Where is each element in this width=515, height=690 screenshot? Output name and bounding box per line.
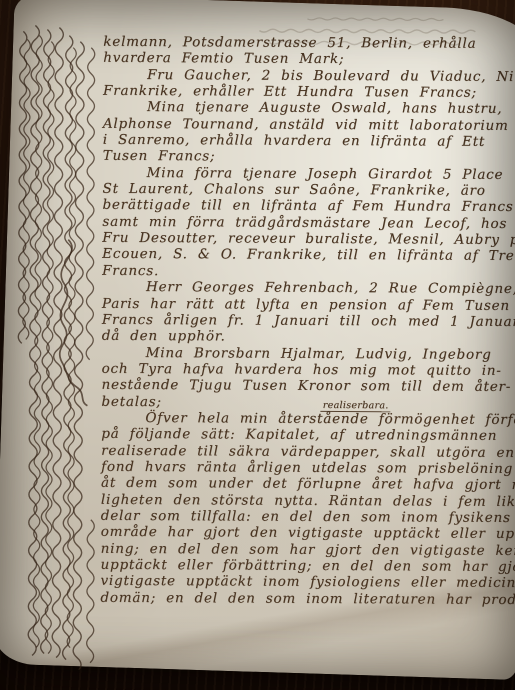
text-line-content: och Tyra hafva hvardera hos mig mot quit… <box>102 361 502 379</box>
text-line-content: ning; en del den som har gjort den vigti… <box>101 540 515 558</box>
text-line-content: på följande sätt: Kapitalet, af utrednin… <box>101 426 497 444</box>
text-line-content: samt min förra trädgårdsmästare Jean Lec… <box>102 214 507 232</box>
text-line: domän; en del den som inom literaturen h… <box>100 589 514 608</box>
photograph: kelmann, Potsdamerstrasse 51, Berlin, er… <box>0 0 515 690</box>
text-line-content: betalas; <box>101 393 161 409</box>
text-line-content: Mina Brorsbarn Hjalmar, Ludvig, Ingeborg <box>146 345 492 363</box>
page-content: kelmann, Potsdamerstrasse 51, Berlin, er… <box>4 0 515 672</box>
text-line-content: vigtigaste upptäckt inom fysiologiens el… <box>100 573 515 591</box>
text-line-content: Mina förra tjenare Joseph Girardot 5 Pla… <box>147 165 504 183</box>
text-line-content: Frankrike, erhåller Ett Hundra Tusen Fra… <box>103 83 477 101</box>
text-line-content: Fru Desoutter, receveur buraliste, Mesni… <box>102 230 515 248</box>
text-line-content: i Sanremo, erhålla hvardera en lifränta … <box>103 132 485 150</box>
text-line-content: Fru Gaucher, 2 bis Boulevard du Viaduc, … <box>147 67 515 85</box>
text-line-content: då den upphör. <box>102 328 226 345</box>
signature-flourish <box>59 240 88 406</box>
text-line-content: Paris har rätt att lyfta en pension af F… <box>102 295 510 313</box>
text-line-content: berättigade till en lifränta af Fem Hund… <box>102 197 513 215</box>
text-line-content: nestående Tjugu Tusen Kronor som till de… <box>101 377 511 395</box>
paper-sheet: kelmann, Potsdamerstrasse 51, Berlin, er… <box>0 0 515 680</box>
text-line-content: åt dem som under det förlupne året hafva… <box>101 475 515 493</box>
handwritten-text: kelmann, Potsdamerstrasse 51, Berlin, er… <box>100 34 515 608</box>
text-line-content: Mina tjenare Auguste Oswald, hans hustru… <box>147 99 503 117</box>
text-line-content: område har gjort den vigtigaste upptäckt… <box>101 524 515 542</box>
text-line-content: Francs. <box>102 263 159 279</box>
text-line-content: domän; en del den som inom literaturen h… <box>100 589 515 607</box>
text-line-content: Tusen Francs; <box>103 148 216 165</box>
text-line-content: Herr Georges Fehrenbach, 2 Rue Compiègne… <box>146 279 515 297</box>
text-line-content: St Laurent, Chalons sur Saône, Frankrike… <box>103 181 486 199</box>
text-line-content: Alphonse Tournand, anstäld vid mitt labo… <box>103 116 509 134</box>
text-line-content: kelmann, Potsdamerstrasse 51, Berlin, er… <box>103 34 476 52</box>
text-line-content: hvardera Femtio Tusen Mark; <box>103 50 344 67</box>
inserted-word: realiserbara. <box>321 401 391 412</box>
text-line-content: realiserade till säkra värdepapper, skal… <box>101 442 515 460</box>
text-line-content: ligheten den största nytta. Räntan delas… <box>101 491 515 509</box>
